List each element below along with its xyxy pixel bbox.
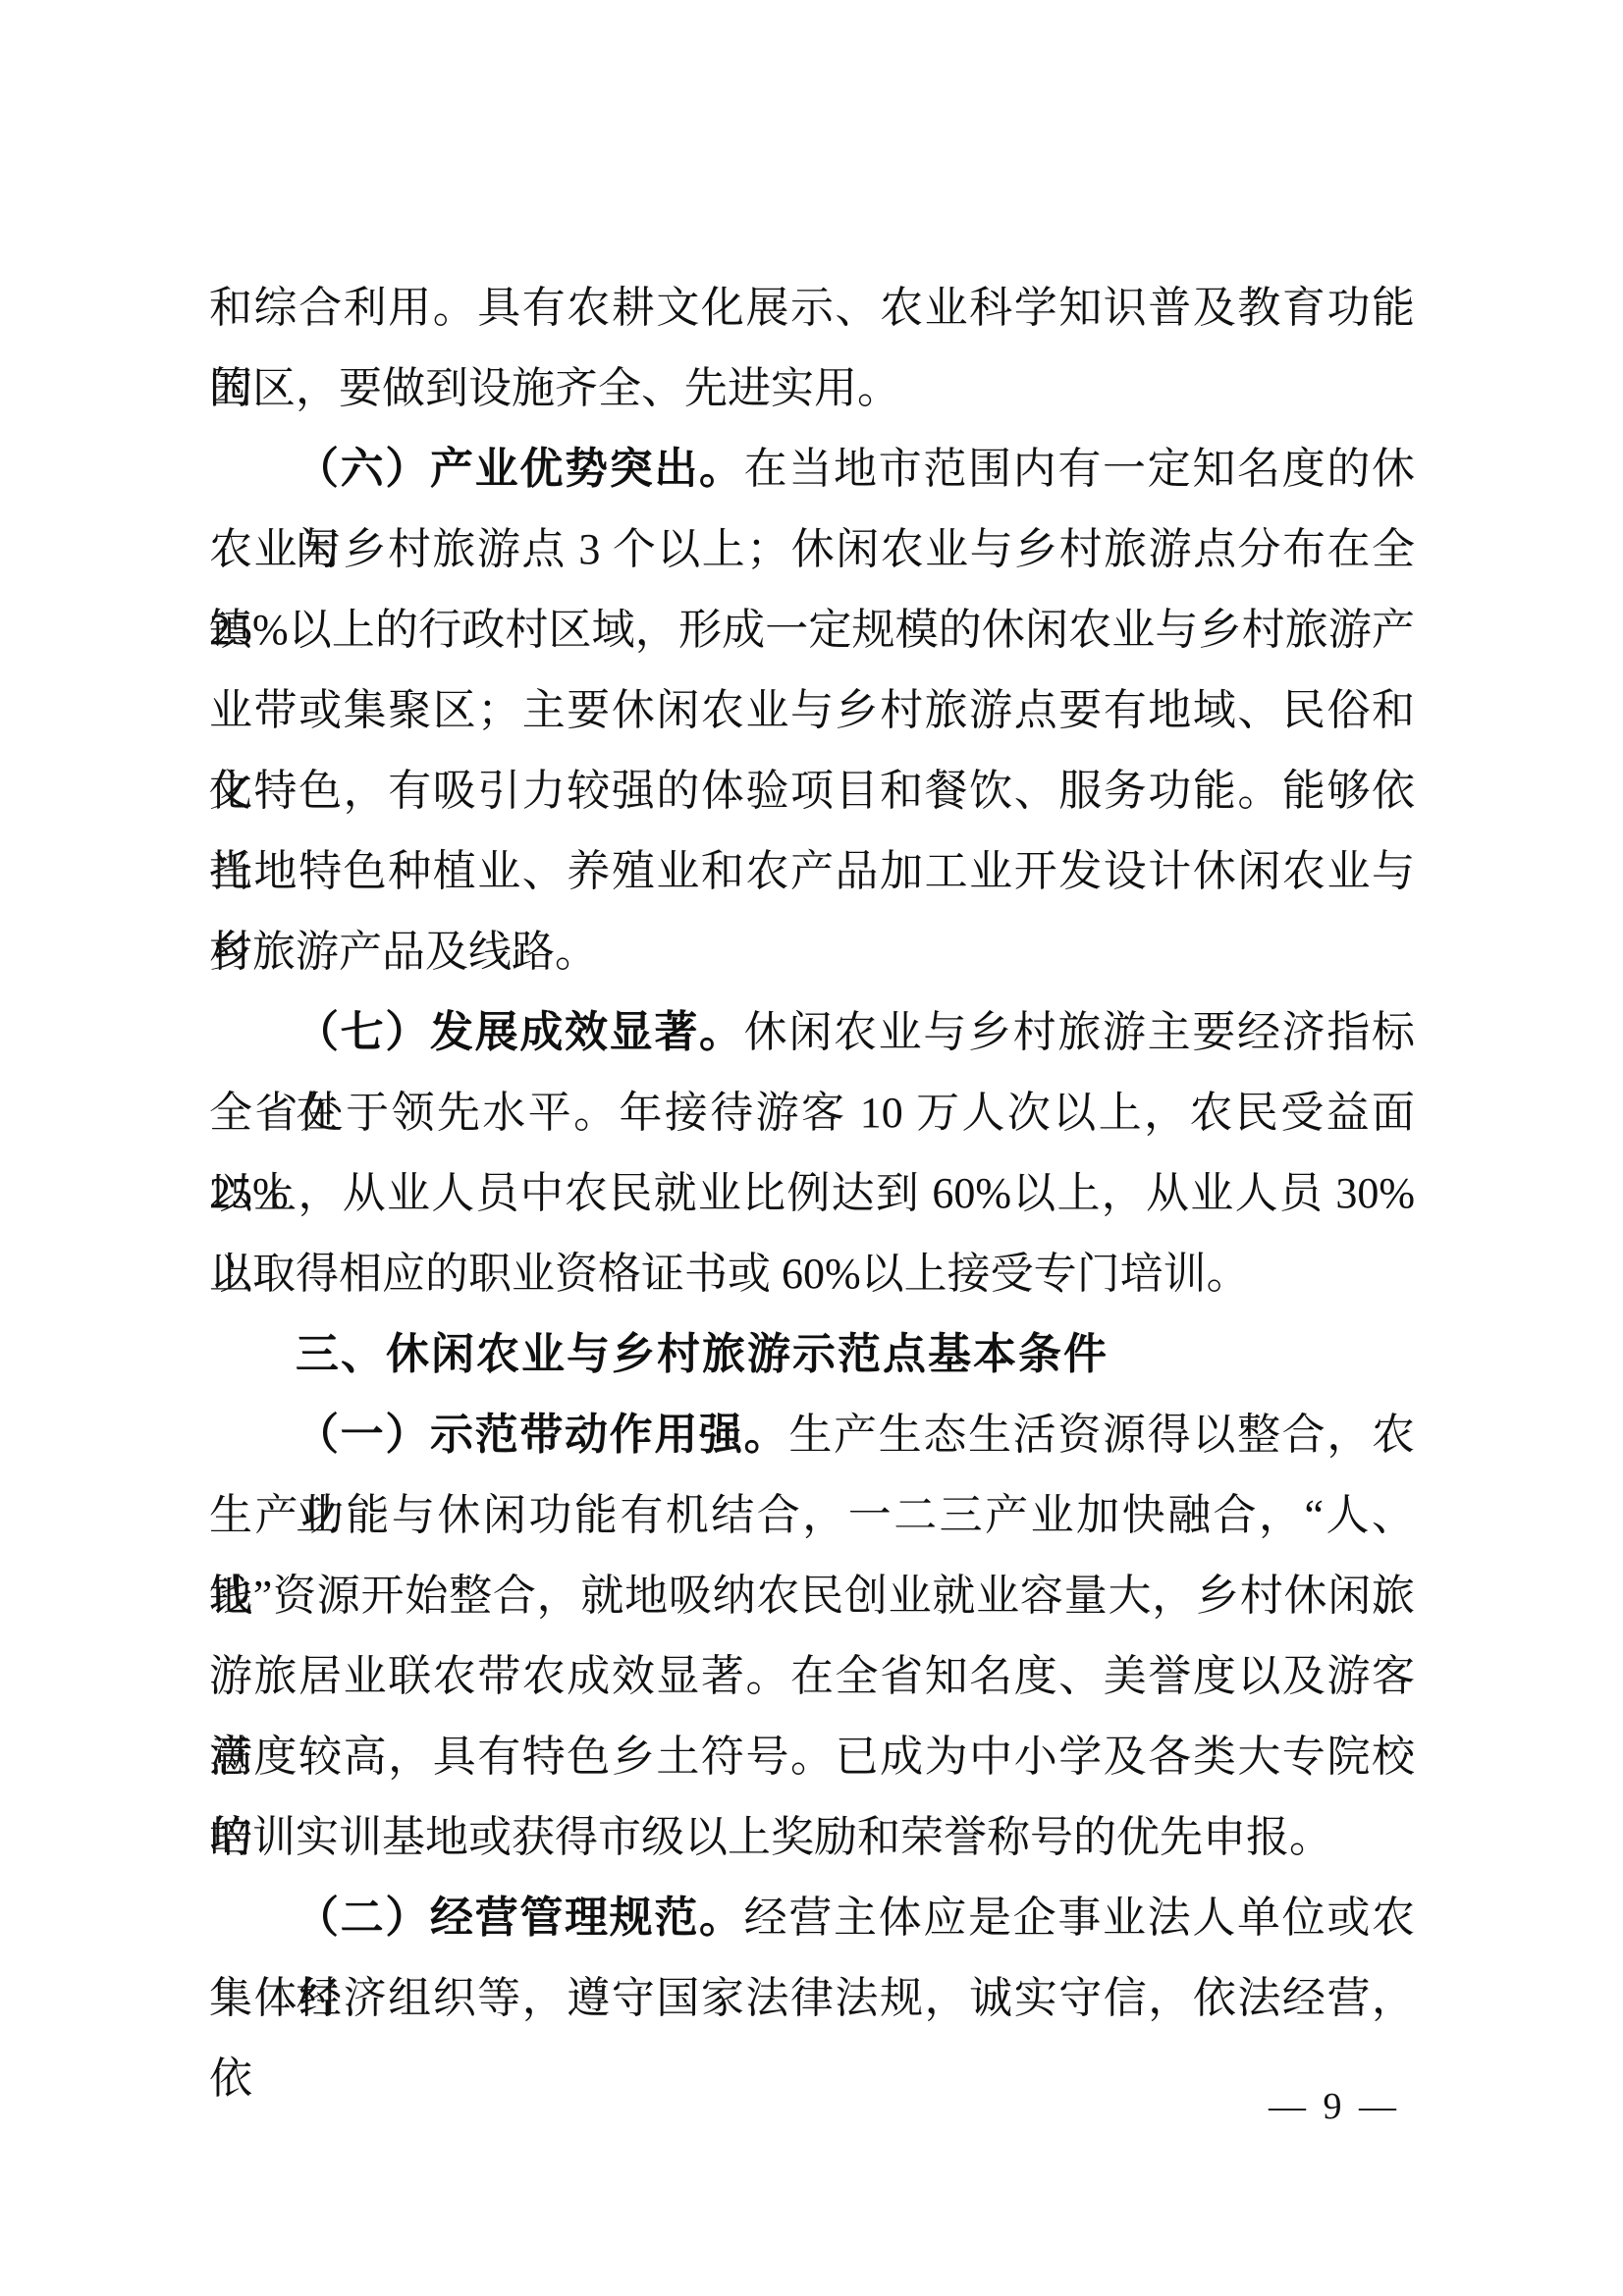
text-line: 园区，要做到设施齐全、先进实用。 bbox=[209, 348, 1415, 429]
text-line: 业带或集聚区；主要休闲农业与乡村旅游点要有地域、民俗和文 bbox=[209, 670, 1415, 751]
text-line: 集体经济组织等，遵守国家法律法规，诚实守信，依法经营，依 bbox=[209, 1958, 1415, 2039]
paragraph-lead: （七）发展成效显著。 bbox=[296, 1008, 744, 1056]
text-line: 生产功能与休闲功能有机结合，一二三产业加快融合，“人、地、 bbox=[209, 1475, 1415, 1556]
text-line: 游旅居业联农带农成效显著。在全省知名度、美誉度以及游客满 bbox=[209, 1636, 1415, 1717]
text-line: 全省处于领先水平。年接待游客 10 万人次以上，农民受益面 25% bbox=[209, 1073, 1415, 1153]
page-number: — 9 — bbox=[1269, 2085, 1400, 2128]
paragraph-item-two: （二）经营管理规范。经营主体应是企事业法人单位或农村集体经济组织等，遵守国家法律… bbox=[209, 1878, 1415, 2039]
text-run: 村旅游产品及线路。 bbox=[209, 928, 598, 976]
paragraph-item-seven: （七）发展成效显著。休闲农业与乡村旅游主要经济指标在全省处于领先水平。年接待游客… bbox=[209, 992, 1415, 1314]
text-line: 钱”资源开始整合，就地吸纳农民创业就业容量大，乡村休闲旅 bbox=[209, 1556, 1415, 1636]
text-run: 三、休闲农业与乡村旅游示范点基本条件 bbox=[296, 1330, 1109, 1378]
text-run: 集体经济组织等，遵守国家法律法规，诚实守信，依法经营，依 bbox=[209, 1974, 1415, 2103]
text-line: （二）经营管理规范。经营主体应是企事业法人单位或农村 bbox=[209, 1878, 1415, 1958]
text-line: （一）示范带动作用强。生产生态生活资源得以整合，农业 bbox=[209, 1395, 1415, 1475]
paragraph-lead: （一）示范带动作用强。 bbox=[296, 1411, 788, 1459]
text-line: 农业与乡村旅游点 3 个以上；休闲农业与乡村旅游点分布在全镇 bbox=[209, 509, 1415, 590]
text-line: 25%以上的行政村区域，形成一定规模的休闲农业与乡村旅游产 bbox=[209, 590, 1415, 670]
text-run: 钱”资源开始整合，就地吸纳农民创业就业容量大，乡村休闲旅 bbox=[209, 1572, 1415, 1620]
document-body: 和综合利用。具有农耕文化展示、农业科学知识普及教育功能的园区，要做到设施齐全、先… bbox=[209, 268, 1415, 2039]
text-line: 和综合利用。具有农耕文化展示、农业科学知识普及教育功能的 bbox=[209, 268, 1415, 348]
paragraph-continuation: 和综合利用。具有农耕文化展示、农业科学知识普及教育功能的园区，要做到设施齐全、先… bbox=[209, 268, 1415, 429]
text-line: 化特色，有吸引力较强的体验项目和餐饮、服务功能。能够依托 bbox=[209, 751, 1415, 831]
paragraph-lead: （二）经营管理规范。 bbox=[296, 1894, 744, 1942]
section-heading: 三、休闲农业与乡村旅游示范点基本条件 bbox=[209, 1314, 1415, 1395]
text-line: 以上，从业人员中农民就业比例达到 60%以上，从业人员 30%以 bbox=[209, 1153, 1415, 1234]
text-line: （六）产业优势突出。在当地市范围内有一定知名度的休闲 bbox=[209, 429, 1415, 509]
paragraph-item-one: （一）示范带动作用强。生产生态生活资源得以整合，农业生产功能与休闲功能有机结合，… bbox=[209, 1395, 1415, 1878]
text-line: 培训实训基地或获得市级以上奖励和荣誉称号的优先申报。 bbox=[209, 1797, 1415, 1878]
paragraph-item-six: （六）产业优势突出。在当地市范围内有一定知名度的休闲农业与乡村旅游点 3 个以上… bbox=[209, 429, 1415, 992]
text-line: 村旅游产品及线路。 bbox=[209, 912, 1415, 992]
text-run: 上取得相应的职业资格证书或 60%以上接受专门培训。 bbox=[209, 1250, 1250, 1298]
section-heading-line: 三、休闲农业与乡村旅游示范点基本条件 bbox=[209, 1314, 1415, 1395]
text-run: 25%以上的行政村区域，形成一定规模的休闲农业与乡村旅游产 bbox=[209, 606, 1415, 654]
text-line: 当地特色种植业、养殖业和农产品加工业开发设计休闲农业与乡 bbox=[209, 831, 1415, 912]
document-page: 和综合利用。具有农耕文化展示、农业科学知识普及教育功能的园区，要做到设施齐全、先… bbox=[0, 0, 1623, 2296]
text-line: 上取得相应的职业资格证书或 60%以上接受专门培训。 bbox=[209, 1234, 1415, 1314]
paragraph-lead: （六）产业优势突出。 bbox=[296, 445, 744, 493]
text-run: 培训实训基地或获得市级以上奖励和荣誉称号的优先申报。 bbox=[209, 1813, 1332, 1861]
text-line: （七）发展成效显著。休闲农业与乡村旅游主要经济指标在 bbox=[209, 992, 1415, 1073]
text-run: 园区，要做到设施齐全、先进实用。 bbox=[209, 364, 900, 412]
text-line: 意度较高，具有特色乡土符号。已成为中小学及各类大专院校的 bbox=[209, 1717, 1415, 1797]
